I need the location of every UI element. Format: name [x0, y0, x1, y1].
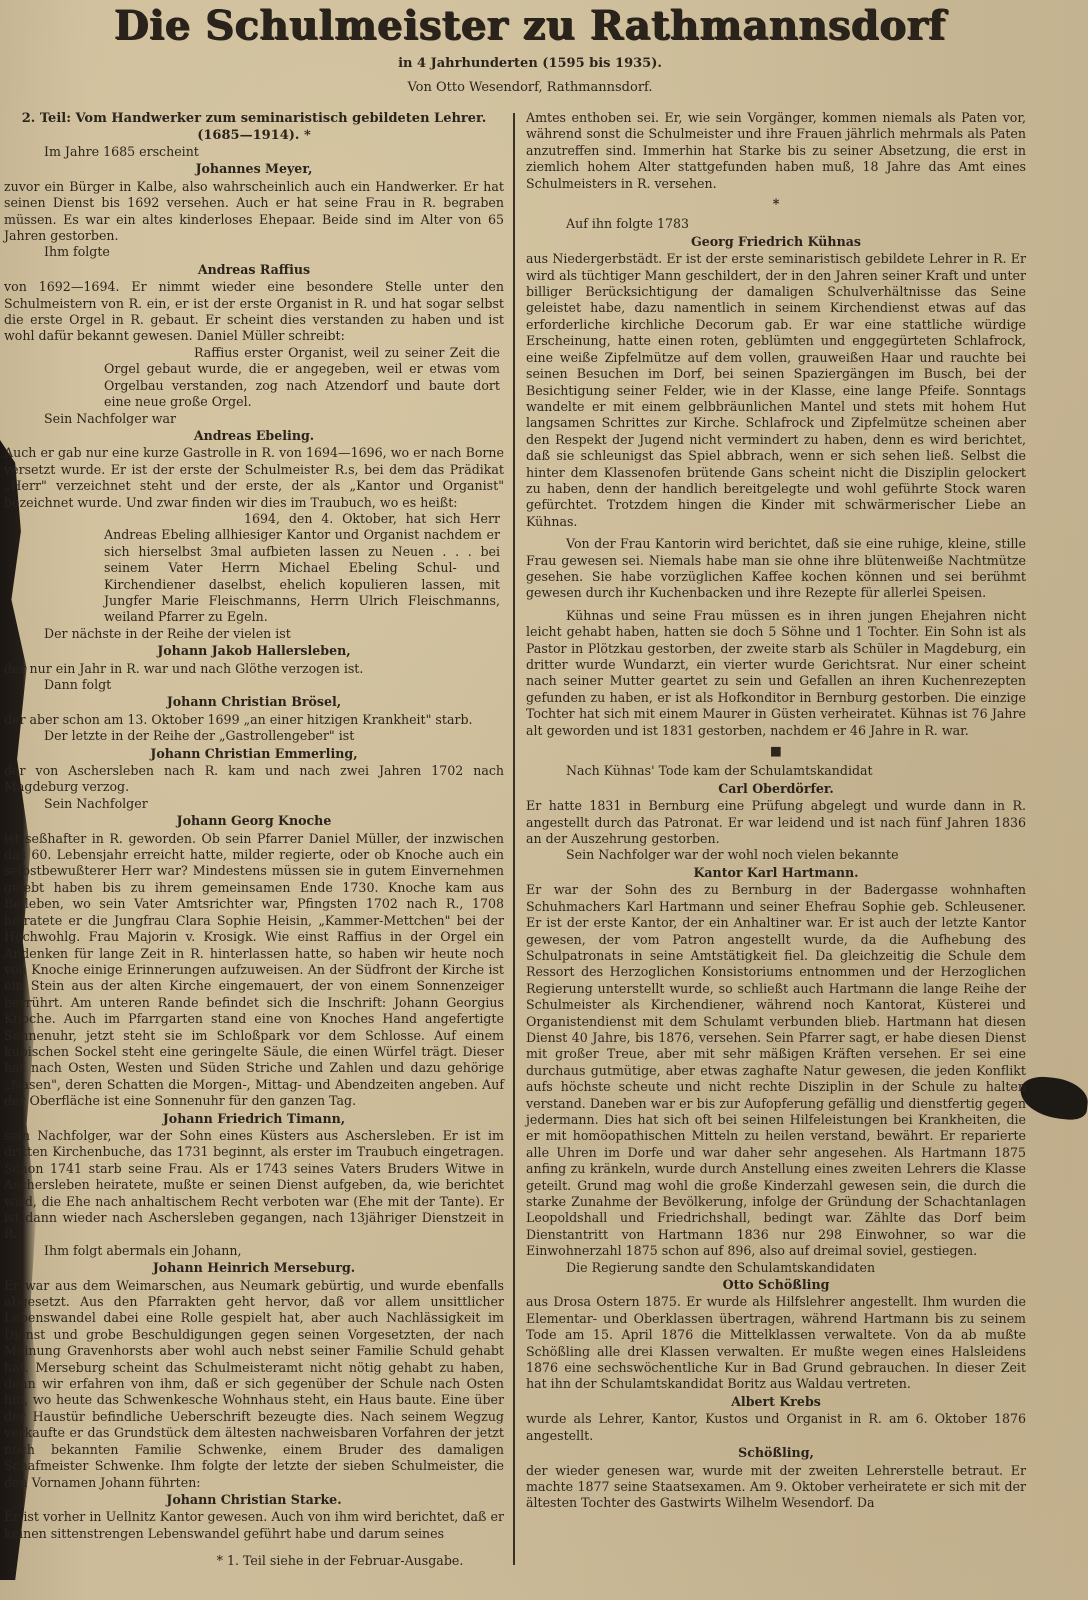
- paragraph: Kühnas und seine Frau müssen es in ihren…: [526, 608, 1026, 739]
- teacher-name: Johann Christian Brösel,: [4, 694, 504, 710]
- paragraph: von 1692—1694. Er nimmt wieder eine beso…: [4, 279, 504, 345]
- paragraph: zuvor ein Bürger in Kalbe, also wahrsche…: [4, 179, 504, 245]
- column-divider: [513, 113, 515, 1565]
- teacher-name: Otto Schößling: [526, 1277, 1026, 1293]
- quotation: Raffius erster Organist, weil zu seiner …: [104, 345, 500, 411]
- paragraph: der von Aschersleben nach R. kam und nac…: [4, 763, 504, 796]
- teacher-name: Schößling,: [526, 1445, 1026, 1461]
- intro-line: Ihm folgt abermals ein Johann,: [4, 1243, 504, 1259]
- paragraph: Er ist vorher in Uellnitz Kantor gewesen…: [4, 1509, 504, 1542]
- intro-line: Der letzte in der Reihe der „Gastrolleng…: [4, 728, 504, 744]
- intro-line: Die Regierung sandte den Schulamtskandid…: [526, 1260, 1026, 1276]
- part-heading: 2. Teil: Vom Handwerker zum seminaristis…: [4, 110, 504, 127]
- paragraph: Er war aus dem Weimarschen, aus Neumark …: [4, 1278, 504, 1491]
- teacher-name: Johann Heinrich Merseburg.: [4, 1260, 504, 1276]
- teacher-name: Johann Georg Knoche: [4, 813, 504, 829]
- teacher-name: Carl Oberdörfer.: [526, 781, 1026, 797]
- intro-line: Sein Nachfolger war der wohl noch vielen…: [526, 847, 1026, 863]
- intro-line: Nach Kühnas' Tode kam der Schulamtskandi…: [526, 763, 1026, 779]
- paragraph: Er hatte 1831 in Bernburg eine Prüfung a…: [526, 798, 1026, 847]
- intro-line: Dann folgt: [4, 677, 504, 693]
- paragraph: aus Drosa Ostern 1875. Er wurde als Hilf…: [526, 1294, 1026, 1392]
- quotation: 1694, den 4. Oktober, hat sich Herr Andr…: [104, 511, 500, 626]
- teacher-name: Kantor Karl Hartmann.: [526, 865, 1026, 881]
- teacher-name: Andreas Raffius: [4, 262, 504, 278]
- article-title: Die Schulmeister zu Rathmannsdorf: [0, 2, 1060, 49]
- right-column: Amtes enthoben sei. Er, wie sein Vorgäng…: [526, 110, 1026, 1512]
- paragraph: ist seßhafter in R. geworden. Ob sein Pf…: [4, 831, 504, 1110]
- intro-line: Ihm folgte: [4, 244, 504, 260]
- paragraph: der nur ein Jahr in R. war und nach Glöt…: [4, 661, 504, 677]
- teacher-name: Johann Christian Emmerling,: [4, 746, 504, 762]
- paragraph: aus Niedergerbstädt. Er ist der erste se…: [526, 251, 1026, 530]
- part-years: (1685—1914). *: [4, 127, 504, 144]
- intro-line: Sein Nachfolger war: [4, 411, 504, 427]
- left-column: 2. Teil: Vom Handwerker zum seminaristis…: [4, 110, 504, 1542]
- paragraph: Amtes enthoben sei. Er, wie sein Vorgäng…: [526, 110, 1026, 192]
- article-subtitle: in 4 Jahrhunderten (1595 bis 1935).: [0, 56, 1060, 71]
- paragraph: Von der Frau Kantorin wird berichtet, da…: [526, 536, 1026, 602]
- teacher-name: Johann Christian Starke.: [4, 1492, 504, 1508]
- teacher-name: Andreas Ebeling.: [4, 428, 504, 444]
- intro-line: Im Jahre 1685 erscheint: [4, 144, 504, 160]
- section-separator: ■: [526, 743, 1026, 759]
- section-separator: *: [526, 196, 1026, 212]
- newspaper-page: Die Schulmeister zu Rathmannsdorf in 4 J…: [0, 0, 1088, 1600]
- teacher-name: Albert Krebs: [526, 1394, 1026, 1410]
- intro-line: Auf ihn folgte 1783: [526, 216, 1026, 232]
- paragraph: Auch er gab nur eine kurze Gastrolle in …: [4, 445, 504, 511]
- paragraph: der wieder genesen war, wurde mit der zw…: [526, 1463, 1026, 1512]
- teacher-name: Johann Jakob Hallersleben,: [4, 643, 504, 659]
- article-byline: Von Otto Wesendorf, Rathmannsdorf.: [0, 80, 1060, 95]
- intro-line: Sein Nachfolger: [4, 796, 504, 812]
- teacher-name: Johannes Meyer,: [4, 161, 504, 177]
- paragraph: sein Nachfolger, war der Sohn eines Küst…: [4, 1128, 504, 1243]
- intro-line: Der nächste in der Reihe der vielen ist: [4, 626, 504, 642]
- paragraph: Er war der Sohn des zu Bernburg in der B…: [526, 882, 1026, 1259]
- paragraph: der aber schon am 13. Oktober 1699 „an e…: [4, 712, 504, 728]
- teacher-name: Johann Friedrich Timann,: [4, 1111, 504, 1127]
- paragraph: wurde als Lehrer, Kantor, Kustos und Org…: [526, 1411, 1026, 1444]
- torn-edge-right: [1018, 1075, 1088, 1122]
- footnote: * 1. Teil siehe in der Februar-Ausgabe.: [180, 1553, 500, 1568]
- teacher-name: Georg Friedrich Kühnas: [526, 234, 1026, 250]
